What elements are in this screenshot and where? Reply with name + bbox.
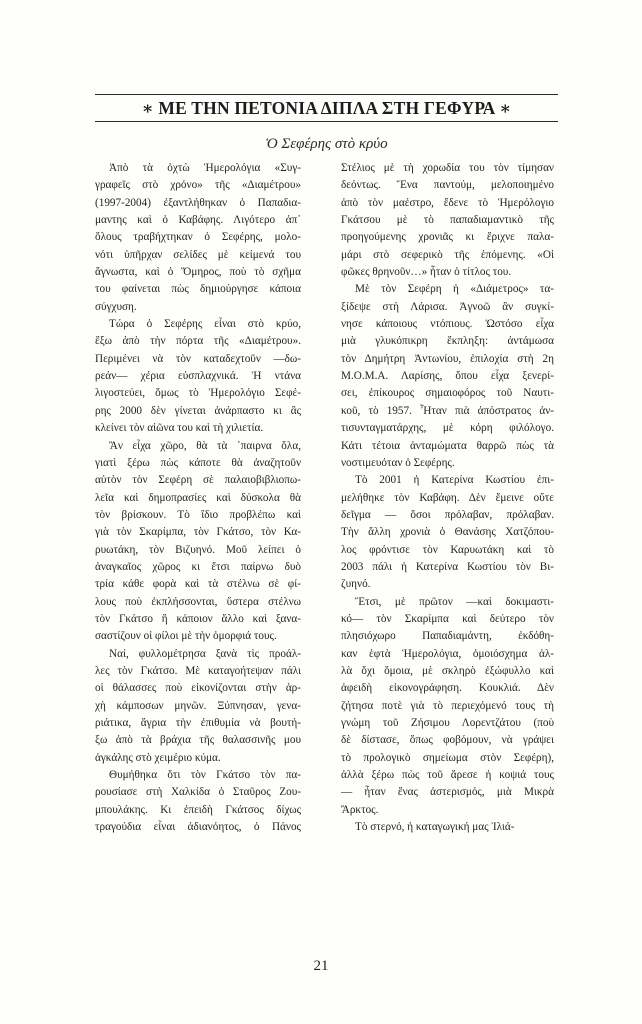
text-line: Περιμένει νὰ τὸν καταδεχτοῦν —δω-: [95, 351, 301, 368]
asterisk-icon: ∗: [499, 98, 511, 118]
text-line: ρεάν— χέρια εὐσπλαχνικά. Ἡ ντάνα: [95, 368, 301, 385]
text-line: ρυωτάκη, τὸν Βιζυηνό. Μοῦ λείπει ὁ: [95, 542, 301, 559]
text-line: ἀγκάλης στὸ χειμέριο κύμα.: [95, 750, 301, 767]
text-line: τισυνταγματάρχης, μὲ κόρη φιλόλογο.: [341, 420, 554, 437]
text-line: λες τὸν Γκάτσο. Μὲ καταγοήτεψαν πάλι: [95, 663, 301, 680]
text-line: Γκάτσου μὲ τὸ παπαδιαμαντικὸ τῆς: [341, 212, 554, 229]
text-line: Ἂν εἶχα χῶρο, θὰ τὰ ᾽παιρνα ὅλα,: [95, 438, 301, 455]
text-line: τὸν Δημήτρη Ἀντωνίου, ἐπιλοχία στὴ 2η: [341, 351, 554, 368]
text-line: ὅλους τραβήχτηκαν ὁ Σεφέρης, μολο-: [95, 229, 301, 246]
text-line: μάρι στὸ σεφερικὸ τῆς ἑπόμενης. «Οἱ: [341, 247, 554, 264]
text-line: γνώμη τοῦ Ζήσιμου Λορεντζάτου (ποὺ: [341, 715, 554, 732]
text-line: ἀφειδὴ εἰκονογράφηση. Κουκλιά. Δὲν: [341, 680, 554, 697]
text-line: λος φρόντισε τὸν Καρυωτάκη καὶ τὸ: [341, 542, 554, 559]
text-line: κλείνει τὸν αἰῶνα του καὶ τὴ χιλιετία.: [95, 420, 301, 437]
page-number: 21: [0, 958, 642, 975]
text-line: γραφεῖς στὸ χρόνο» τῆς «Διαμέτρου»: [95, 177, 301, 194]
text-line: Τὸ στερνό, ἡ καταγωγική μας Ἰλιά-: [341, 819, 554, 836]
text-line: Ἔτσι, μὲ πρῶτον —καὶ δοκιμαστι-: [341, 594, 554, 611]
running-header-title: ΜΕ ΤΗΝ ΠΕΤΟΝΙΑ ΔΙΠΛΑ ΣΤΗ ΓΕΦΥΡΑ: [158, 98, 494, 118]
text-line: ρης 2000 δὲν γίνεται ἀνάρπαστο κι ἂς: [95, 403, 301, 420]
text-line: λεῖα καὶ δημοπρασίες καὶ δύσκολα θὰ: [95, 490, 301, 507]
text-line: πλησιόχωρο Παπαδιαμάντη, ἐκδόθη-: [341, 628, 554, 645]
text-line: προηγούμενης χρονιᾶς κι ἔριχνε παλα-: [341, 229, 554, 246]
header-top-rule: [95, 94, 558, 95]
text-line: Στέλιος μὲ τὴ χορωδία του τὸν τίμησαν: [341, 160, 554, 177]
text-line: ριάτικα, ἄγρια τὴν ἐπιθυμία νὰ βουτή-: [95, 715, 301, 732]
text-line: Ἄρκτος.: [341, 802, 554, 819]
running-header: ∗ ΜΕ ΤΗΝ ΠΕΤΟΝΙΑ ΔΙΠΛΑ ΣΤΗ ΓΕΦΥΡΑ ∗: [95, 96, 558, 120]
text-line: — ἦταν ἕνας ἀστερισμός, μιὰ Μικρὰ: [341, 784, 554, 801]
text-line: σαστίζουν οἱ φίλοι μὲ τὴν ὀμορφιά τους.: [95, 628, 301, 645]
text-line: μαντης καὶ ὁ Καβάφης. Λιγότερο ἀπ᾽: [95, 212, 301, 229]
text-line: του φαίνεται πὼς δημιούργησε κάποια: [95, 281, 301, 298]
text-line: νοστιμευόταν ὁ Σεφέρης.: [341, 455, 554, 472]
text-line: μελήθηκε τὸν Καβάφη. Δὲν ἔμεινε οὔτε: [341, 490, 554, 507]
left-text-column: Ἀπὸ τὰ ὀχτὼ Ἡμερολόγια «Συγ-γραφεῖς στὸ …: [95, 160, 301, 836]
header-bottom-rule: [95, 121, 558, 122]
text-line: λιγοστεύει, ὅμως τὸ Ἡμερολόγιο Σεφέ-: [95, 385, 301, 402]
text-line: λὰ ὄχι ὅμοια, μὲ σκληρὸ ἐξώφυλλο καὶ: [341, 663, 554, 680]
text-line: ἔξω ἀπὸ τὴν πόρτα τῆς «Διαμέτρου».: [95, 333, 301, 350]
text-line: Τὸ 2001 ἡ Κατερίνα Κωστίου ἐπι-: [341, 472, 554, 489]
text-line: οἱ θάλασσες ποὺ εἰκονίζονται στὴν ἀρ-: [95, 680, 301, 697]
text-line: ζυηνό.: [341, 576, 554, 593]
text-line: τὸ προλογικὸ σημείωμα στὸν Σεφέρη),: [341, 750, 554, 767]
text-line: 2003 πάλι ἡ Κατερίνα Κωστίου τὸν Βι-: [341, 559, 554, 576]
text-line: ξίδεψε στὴ Λάρισα. Ἀγνοῶ ἂν συγκί-: [341, 299, 554, 316]
right-text-column: Στέλιος μὲ τὴ χορωδία του τὸν τίμησανδεό…: [341, 160, 554, 836]
text-line: ἀλλὰ ξέρω πὼς τοῦ ἄρεσε ἡ κοψιά τους: [341, 767, 554, 784]
text-line: Ναί, φυλλομέτρησα ξανὰ τὶς προάλ-: [95, 646, 301, 663]
text-line: δεῖγμα — ὅσοι πρόλαβαν, πρόλαβαν.: [341, 507, 554, 524]
text-line: κοῦ, τὸ 1957. Ἦταν πιὰ ἀπόστρατος ἀν-: [341, 403, 554, 420]
text-line: Τὴν ἄλλη χρονιὰ ὁ Θανάσης Χατζόπου-: [341, 524, 554, 541]
text-line: ἀναγκαῖος χῶρος κι ἔτσι παίρνω δυὸ: [95, 559, 301, 576]
text-line: τὸν βρίσκουν. Τὸ ἴδιο προβλέπω καὶ: [95, 507, 301, 524]
text-line: κό— τὸν Σκαρίμπα καὶ δεύτερο τὸν: [341, 611, 554, 628]
article-title: Ὁ Σεφέρης στὸ κρύο: [95, 136, 558, 153]
text-line: λους ποὺ ἐκπλήσσονται, ὕστερα στέλνω: [95, 594, 301, 611]
text-line: Τώρα ὁ Σεφέρης εἶναι στὸ κρύο,: [95, 316, 301, 333]
text-line: Ἀπὸ τὰ ὀχτὼ Ἡμερολόγια «Συγ-: [95, 160, 301, 177]
text-line: γιατὶ ξέρω πὼς κάποτε θὰ ἀναζητοῦν: [95, 455, 301, 472]
text-line: φῶκες θρηνοῦν…» ἦταν ὁ τίτλος του.: [341, 264, 554, 281]
text-line: δεόντως. Ἕνα παντούμ, μελοποιημένο: [341, 177, 554, 194]
text-line: σύγχυση.: [95, 299, 301, 316]
text-line: ρουσίασε στὴ Χαλκίδα ὁ Σταῦρος Ζου-: [95, 784, 301, 801]
text-line: νησε κάποιους ντόπιους. Ὡστόσο εἶχα: [341, 316, 554, 333]
text-line: τρία κάθε φορὰ καὶ τὰ στέλνω σὲ φί-: [95, 576, 301, 593]
text-line: ἀπὸ τὸν μαέστρο, ἔδενε τὸ Ἡμερόλογιο: [341, 195, 554, 212]
text-line: τὸν Γκάτσο ἢ κάποιον ἄλλο καὶ ξανα-: [95, 611, 301, 628]
text-line: σει, ἐπίκουρος σημαιοφόρος τοῦ Ναυτι-: [341, 385, 554, 402]
text-line: δὲ δίστασε, ὅπως φοβόμουν, νὰ γράψει: [341, 732, 554, 749]
text-line: Μὲ τὸν Σεφέρη ἡ «Διάμετρος» τα-: [341, 281, 554, 298]
text-line: αὐτὸν τὸν Σεφέρη σὲ παλαιοβιβλιοπω-: [95, 472, 301, 489]
text-line: Θυμήθηκα ὅτι τὸν Γκάτσο τὸν πα-: [95, 767, 301, 784]
text-line: τραγούδια εἶναι ἀδιανόητος, ὁ Πάνος: [95, 819, 301, 836]
text-line: ἄγνωστα, καὶ ὁ Ὅμηρος, ποὺ τὸ σχῆμα: [95, 264, 301, 281]
text-line: χὴ κάμποσων μηνῶν. Ξύπνησαν, γενα-: [95, 698, 301, 715]
text-line: Κάτι τέτοια ἀνταμώματα θαρρῶ πὼς τὰ: [341, 438, 554, 455]
text-line: ξω ἀπὸ τὰ βράχια τῆς θαλασσινῆς μου: [95, 732, 301, 749]
text-line: ζήτησα ποτὲ γιὰ τὸ περιεχόμενό τους τὴ: [341, 698, 554, 715]
text-line: γιὰ τὸν Σκαρίμπα, τὸν Γκάτσο, τὸν Κα-: [95, 524, 301, 541]
text-line: (1997-2004) ἐξαντλήθηκαν ὁ Παπαδια-: [95, 195, 301, 212]
text-line: μιὰ γλυκόπικρη ἔκπληξη: ἀντάμωσα: [341, 333, 554, 350]
text-line: καν ἑφτὰ Ἡμερολόγια, ὁμοιόσχημα ἀλ-: [341, 646, 554, 663]
text-line: νότι ὑπῆρχαν σελίδες μὲ κείμενά του: [95, 247, 301, 264]
text-line: Μ.Ο.Μ.Α. Λαρίσης, ὅπου εἶχα ξενερί-: [341, 368, 554, 385]
asterisk-icon: ∗: [142, 98, 154, 118]
text-line: μπουλάκης. Κι ἐπειδὴ Γκάτσος δίχως: [95, 802, 301, 819]
